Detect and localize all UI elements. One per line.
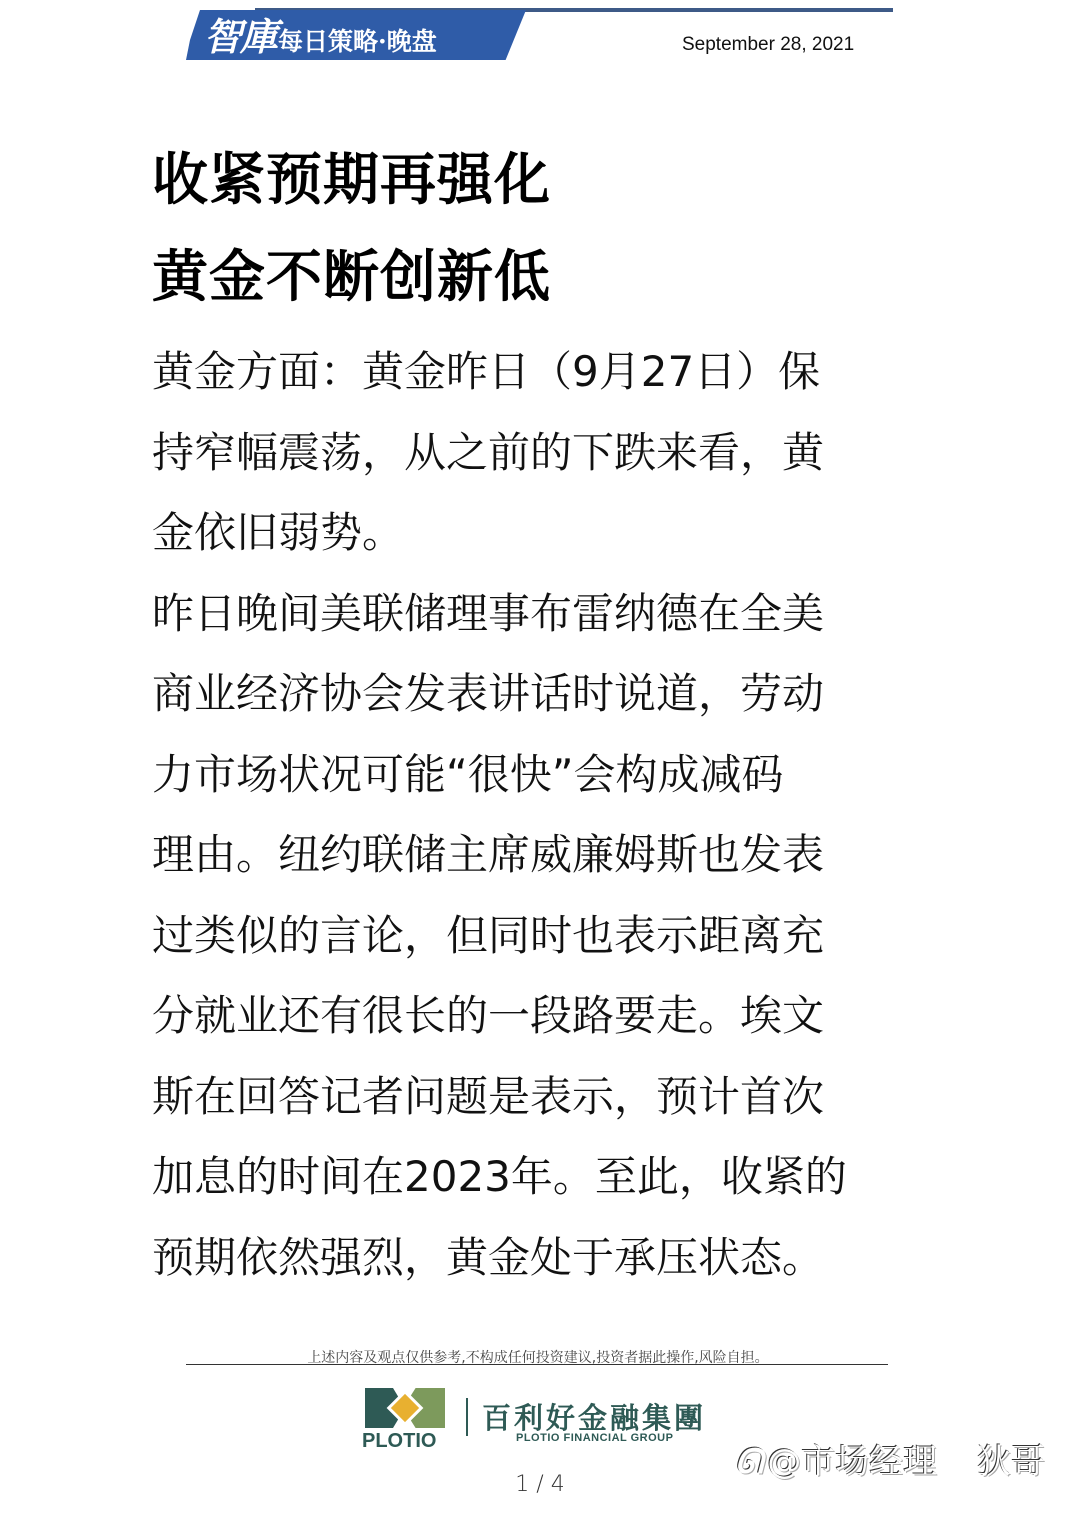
logo-wordmark: PLOTIO xyxy=(362,1430,436,1453)
banner-subtitle: 每日策略·晚盘 xyxy=(278,24,437,60)
logo-name-en: PLOTIO FINANCIAL GROUP xyxy=(516,1432,673,1444)
text-line: 商业经济协会发表讲话时说道，劳动 xyxy=(152,654,932,735)
plotio-logo-icon xyxy=(365,1388,445,1428)
text-line: 昨日晚间美联储理事布雷纳德在全美 xyxy=(152,574,932,655)
text-line: 金依旧弱势。 xyxy=(152,493,932,574)
watermark-name: 狄哥 xyxy=(977,1442,1045,1482)
title-line: 黄金不断创新低 xyxy=(152,229,551,326)
disclaimer-rule xyxy=(186,1364,888,1365)
text-line: 持窄幅震荡，从之前的下跌来看，黄 xyxy=(152,413,932,494)
text-line: 分就业还有很长的一段路要走。埃文 xyxy=(152,976,932,1057)
text-line: 斯在回答记者问题是表示，预计首次 xyxy=(152,1057,932,1138)
text-line: 预期依然强烈，黄金处于承压状态。 xyxy=(152,1218,932,1299)
text-line: 力市场状况可能“很快”会构成减码 xyxy=(152,735,932,816)
article-body: 黄金方面：黄金昨日（9月27日）保 持窄幅震荡，从之前的下跌来看，黄 金依旧弱势… xyxy=(152,332,932,1298)
logo-divider xyxy=(466,1398,468,1436)
paragraph: 黄金方面：黄金昨日（9月27日）保 持窄幅震荡，从之前的下跌来看，黄 金依旧弱势… xyxy=(152,332,932,574)
watermark-handle: @市场经理 xyxy=(767,1442,937,1482)
page-indicator: 1 / 4 xyxy=(500,1472,580,1497)
text-line: 过类似的言论，但同时也表示距离充 xyxy=(152,896,932,977)
logo-name-cn: 百利好金融集團 xyxy=(482,1396,706,1437)
weibo-watermark: ᘏ@市场经理狄哥 xyxy=(735,1434,1045,1483)
text-line: 黄金方面：黄金昨日（9月27日）保 xyxy=(152,332,932,413)
weibo-icon: ᘏ xyxy=(735,1442,763,1482)
publish-date: September 28, 2021 xyxy=(682,34,854,56)
paragraph: 昨日晚间美联储理事布雷纳德在全美 商业经济协会发表讲话时说道，劳动 力市场状况可… xyxy=(152,574,932,1299)
text-line: 理由。纽约联储主席威廉姆斯也发表 xyxy=(152,815,932,896)
title-line: 收紧预期再强化 xyxy=(152,132,551,229)
banner-brand: 智庫 xyxy=(204,14,276,60)
text-line: 加息的时间在2023年。至此，收紧的 xyxy=(152,1137,932,1218)
header-banner: 智庫 每日策略·晚盘 xyxy=(186,10,526,60)
article-title: 收紧预期再强化 黄金不断创新低 xyxy=(152,132,551,326)
